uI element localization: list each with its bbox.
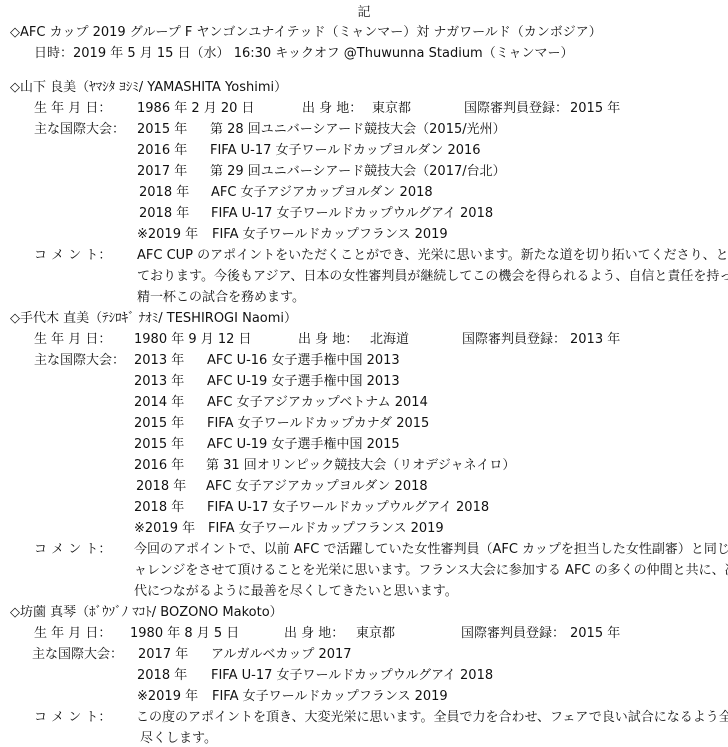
tournament-name: アルガルベカップ 2017 [211,646,352,664]
tournament-year: 2017 年 [137,163,187,181]
comment-line: 精一杯この試合を務めます。 [137,289,305,307]
tournament-year: 2015 年 [137,121,187,139]
tournament-name: AFC 女子アジアカップヨルダン 2018 [206,478,428,496]
tournament-name: 第 31 回オリンピック競技大会（リオデジャネイロ） [206,457,515,475]
tournament-name: FIFA 女子ワールドカップフランス 2019 [212,226,448,244]
tournament-name: AFC 女子アジアカップベトナム 2014 [207,394,428,412]
match-datetime: 日時：2019 年 5 月 15 日（水） 16:30 キックオフ @Thuwu… [34,45,573,63]
tournament-name: FIFA U-17 女子ワールドカップウルグアイ 2018 [211,205,493,223]
comment-line: 代につながるように最善を尽くしてきたいと思います。 [134,583,458,601]
tournaments-label: 主な国際大会： [32,646,123,664]
referee-name: ◇坊薗 真琴（ﾎﾞｳｿﾞﾉ ﾏｺﾄ/ BOZONO Makoto） [10,604,283,622]
birth-label: 生 年 月 日： [34,625,111,643]
tournament-name: AFC U-19 女子選手権中国 2015 [207,436,400,454]
tournament-year: 2018 年 [136,478,186,496]
referee-profile-row: 生 年 月 日： 1980 年 8 月 5 日 出 身 地： 東京都 国際審判員… [0,625,728,643]
registration-value: 2015 年 [570,625,620,643]
comment-line: AFC CUP のアポイントをいただくことができ、光栄に思います。新たな道を切り… [137,247,728,265]
tournament-year: ※2019 年 [134,520,195,538]
birthplace-label: 出 身 地： [302,100,362,118]
referee-name: ◇手代木 直美（ﾃｼﾛｷﾞ ﾅｵﾐ/ TESHIROGI Naomi） [10,310,297,328]
match-title: ◇AFC カップ 2019 グループ F ヤンゴンユナイテッド（ミャンマー）対 … [10,24,602,42]
tournament-year: ※2019 年 [137,226,198,244]
tournament-year: 2013 年 [134,373,184,391]
tournament-name: AFC U-16 女子選手権中国 2013 [207,352,400,370]
tournament-name: 第 29 回ユニバーシアード競技大会（2017/台北） [210,163,506,181]
tournament-year: 2018 年 [139,205,189,223]
birth-label: 生 年 月 日： [34,331,111,349]
birthplace-value: 東京都 [356,625,395,643]
birth-value: 1986 年 2 月 20 日 [137,100,255,118]
tournament-year: 2018 年 [139,184,189,202]
tournament-year: 2017 年 [138,646,188,664]
tournaments-label: 主な国際大会： [34,121,125,139]
birth-value: 1980 年 8 月 5 日 [130,625,239,643]
registration-value: 2013 年 [570,331,620,349]
tournament-name: FIFA 女子ワールドカップカナダ 2015 [207,415,429,433]
birth-value: 1980 年 9 月 12 日 [134,331,252,349]
tournament-year: 2013 年 [134,352,184,370]
tournament-year: 2016 年 [134,457,184,475]
tournament-name: FIFA U-17 女子ワールドカップウルグアイ 2018 [207,499,489,517]
registration-label: 国際審判員登録： [462,331,566,349]
tournament-year: 2016 年 [137,142,187,160]
tournament-name: AFC U-19 女子選手権中国 2013 [207,373,400,391]
tournament-name: FIFA U-17 女子ワールドカップウルグアイ 2018 [211,667,493,685]
birthplace-label: 出 身 地： [298,331,358,349]
comment-label: コ メ ン ト： [34,541,111,559]
comment-label: コ メ ン ト： [34,247,111,265]
tournament-year: 2018 年 [134,499,184,517]
registration-value: 2015 年 [570,100,620,118]
referee-profile-row: 生 年 月 日： 1980 年 9 月 12 日 出 身 地： 北海道 国際審判… [0,331,728,349]
referee-name: ◇山下 良美（ﾔﾏｼﾀ ﾖｼﾐ/ YAMASHITA Yoshimi） [10,79,287,97]
birthplace-label: 出 身 地： [284,625,344,643]
comment-line: 今回のアポイントで、以前 AFC で活躍していた女性審判員（AFC カップを担当… [134,541,728,559]
tournament-name: FIFA U-17 女子ワールドカップヨルダン 2016 [210,142,481,160]
birth-label: 生 年 月 日： [34,100,111,118]
tournament-year: 2014 年 [134,394,184,412]
tournament-year: ※2019 年 [137,688,198,706]
tournament-year: 2015 年 [134,436,184,454]
registration-label: 国際審判員登録： [464,100,568,118]
referee-profile-row: 生 年 月 日： 1986 年 2 月 20 日 出 身 地： 東京都 国際審判… [0,100,728,118]
comment-line: この度のアポイントを頂き、大変光栄に思います。全員で力を合わせ、フェアで良い試合… [136,709,728,727]
registration-label: 国際審判員登録： [461,625,565,643]
tournament-year: 2015 年 [134,415,184,433]
tournament-name: AFC 女子アジアカップヨルダン 2018 [211,184,433,202]
document-heading: 記 [0,4,728,22]
comment-line: ャレンジをさせて頂けることを光栄に思います。フランス大会に参加する AFC の多… [134,562,728,580]
birthplace-value: 東京都 [372,100,411,118]
tournament-name: FIFA 女子ワールドカップフランス 2019 [212,688,448,706]
tournament-year: 2018 年 [137,667,187,685]
tournaments-label: 主な国際大会： [34,352,125,370]
comment-line: 尽くします。 [140,730,217,747]
comment-label: コ メ ン ト： [34,709,111,727]
tournament-name: 第 28 回ユニバーシアード競技大会（2015/光州） [210,121,506,139]
tournament-name: FIFA 女子ワールドカップフランス 2019 [208,520,444,538]
comment-line: ております。今後もアジア、日本の女性審判員が継続してこの機会を得られるよう、自信… [137,268,728,286]
birthplace-value: 北海道 [370,331,409,349]
